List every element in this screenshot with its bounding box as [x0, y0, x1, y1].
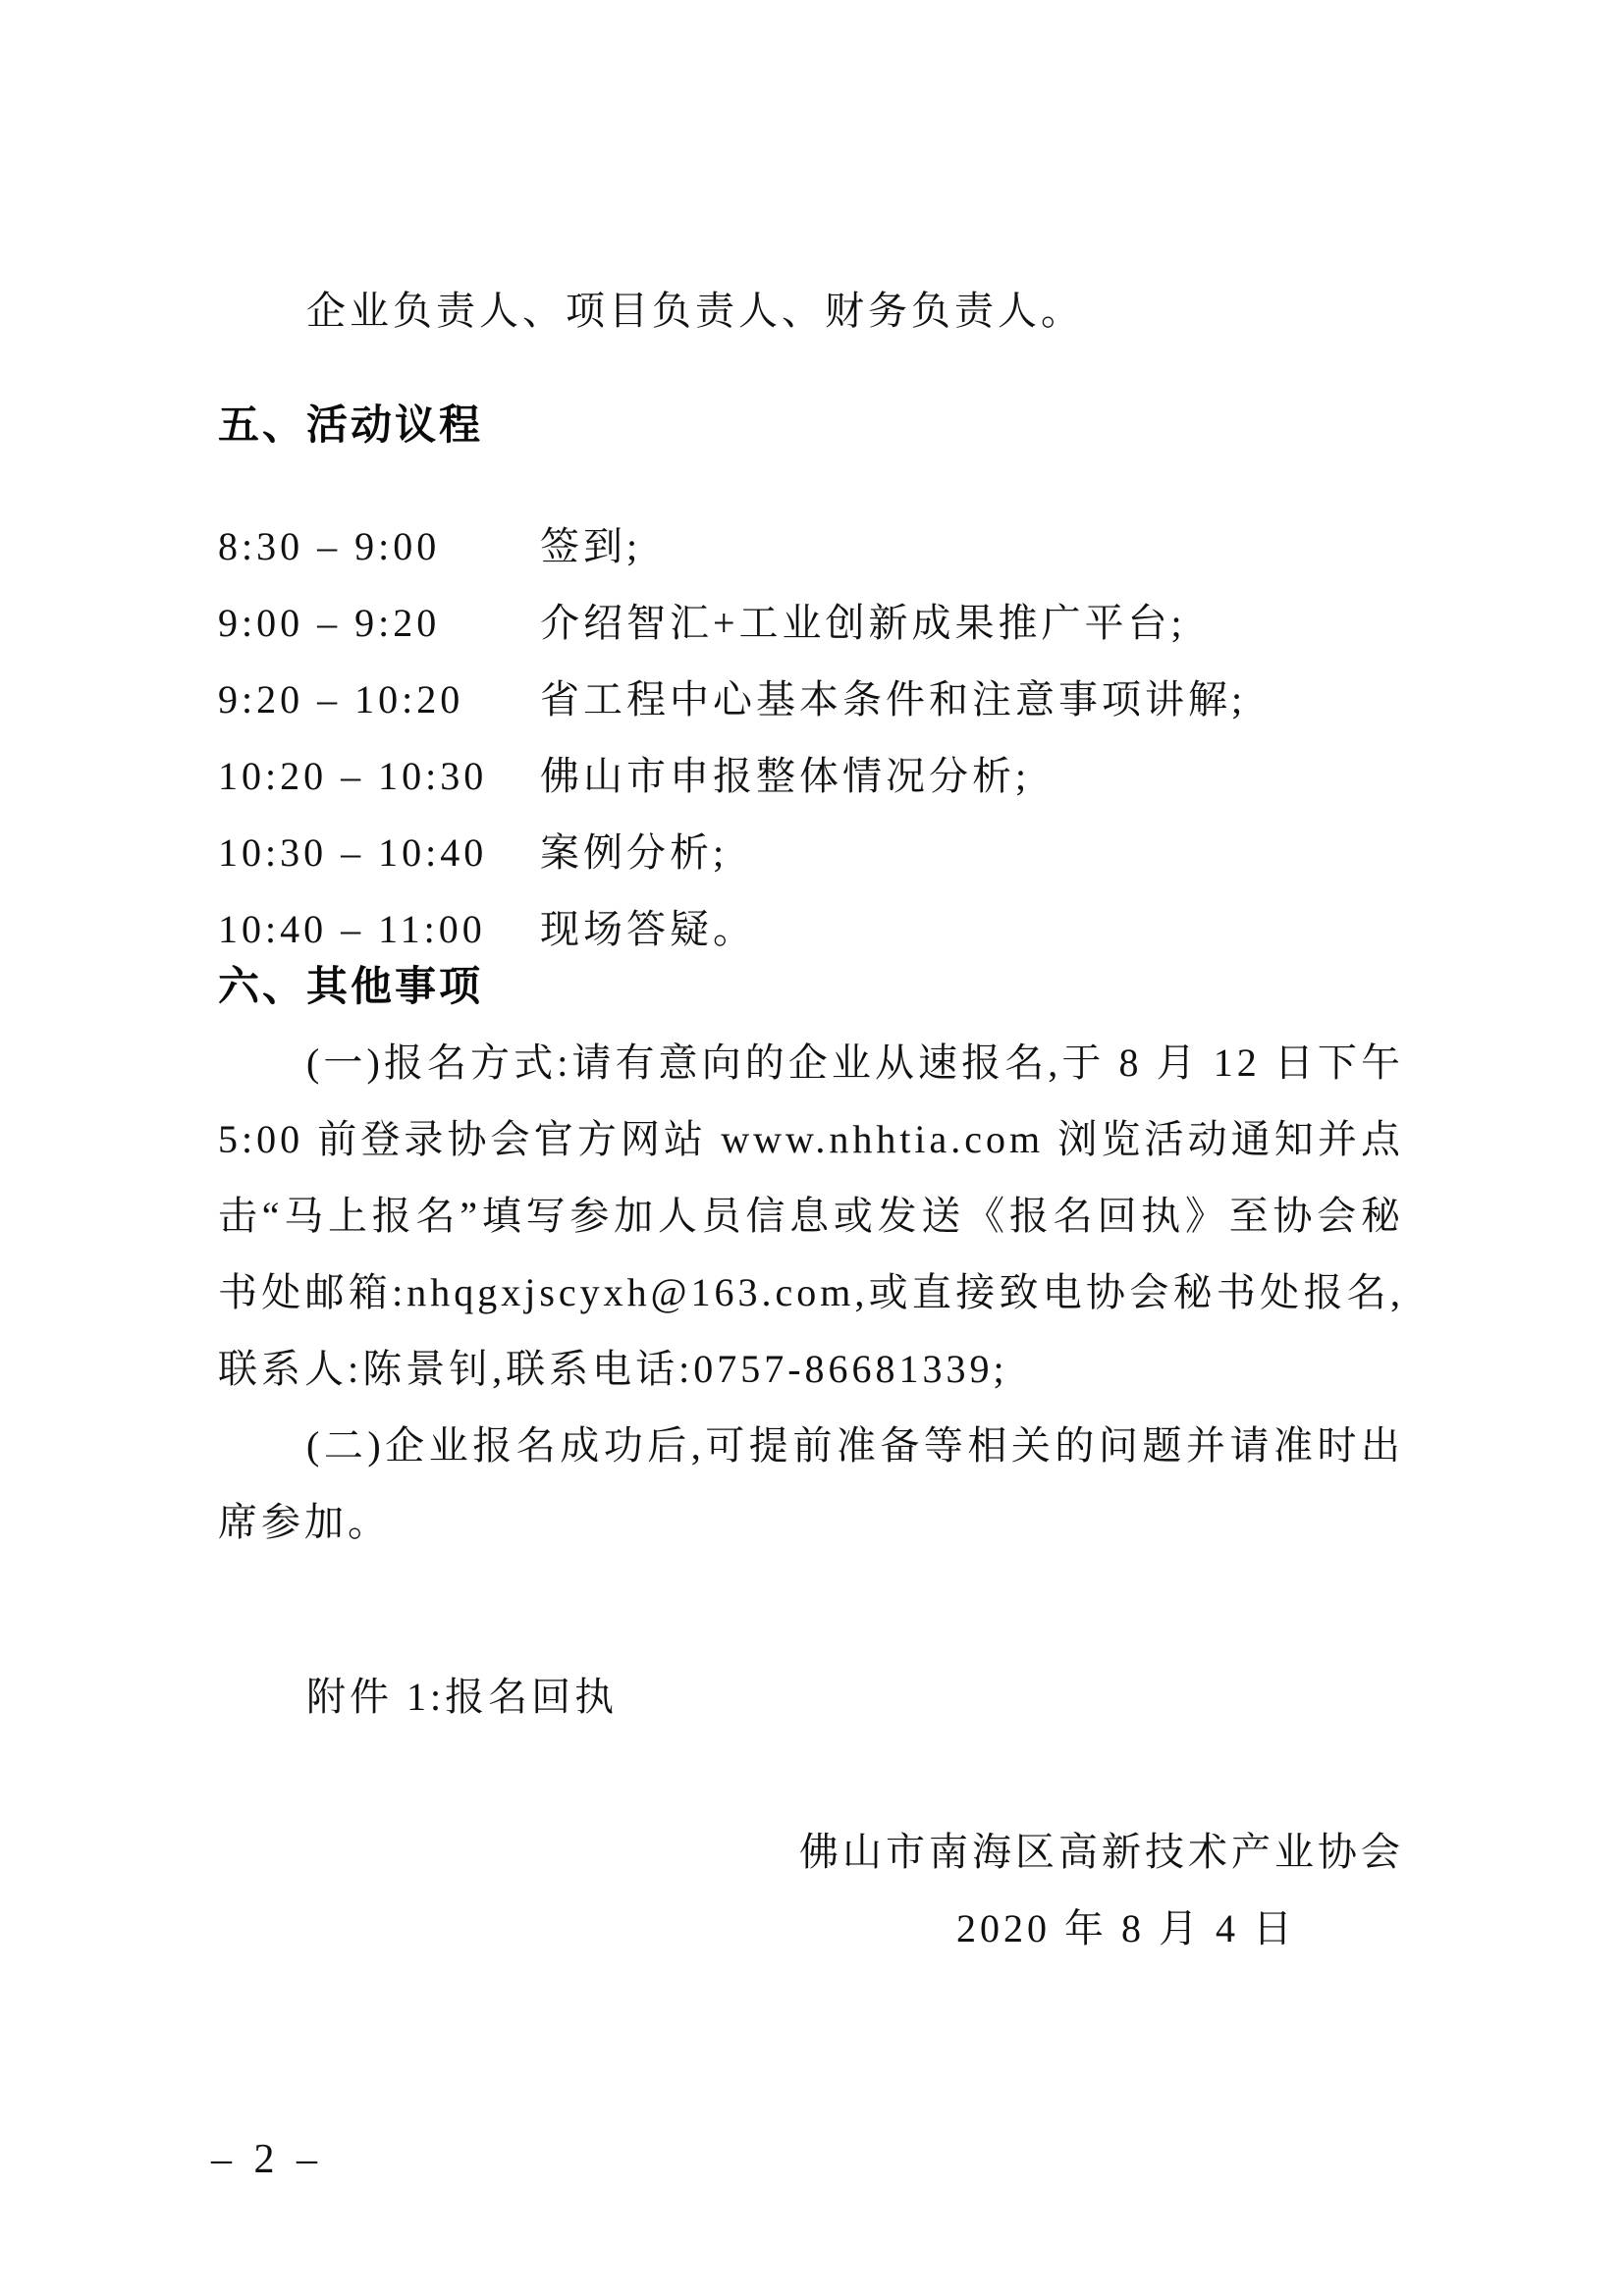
agenda-item: 签到;: [540, 508, 1404, 585]
agenda-item: 案例分析;: [540, 815, 1404, 891]
agenda-row: 10:20 – 10:30 佛山市申报整体情况分析;: [218, 738, 1404, 815]
page-number: – 2 –: [211, 2130, 323, 2189]
signature-organization: 佛山市南海区高新技术产业协会: [218, 1814, 1404, 1891]
registration-method-paragraph: (一)报名方式:请有意向的企业从速报名,于 8 月 12 日下午 5:00 前登…: [218, 1025, 1404, 1408]
agenda-time: 8:30 – 9:00: [218, 508, 540, 585]
agenda-time: 10:20 – 10:30: [218, 738, 540, 815]
attachment-line: 附件 1:报名回执: [218, 1659, 1404, 1735]
preparation-note-paragraph: (二)企业报名成功后,可提前准备等相关的问题并请准时出席参加。: [218, 1408, 1404, 1561]
agenda-item: 现场答疑。: [540, 891, 1404, 968]
agenda-time: 9:20 – 10:20: [218, 662, 540, 738]
signature-date: 2020 年 8 月 4 日: [218, 1891, 1404, 1967]
agenda-list: 8:30 – 9:00 签到; 9:00 – 9:20 介绍智汇+工业创新成果推…: [218, 508, 1404, 968]
agenda-row: 9:20 – 10:20 省工程中心基本条件和注意事项讲解;: [218, 662, 1404, 738]
agenda-row: 9:00 – 9:20 介绍智汇+工业创新成果推广平台;: [218, 585, 1404, 662]
agenda-time: 10:30 – 10:40: [218, 815, 540, 891]
agenda-row: 10:30 – 10:40 案例分析;: [218, 815, 1404, 891]
responsible-persons-line: 企业负责人、项目负责人、财务负责人。: [218, 273, 1404, 349]
document-page: 企业负责人、项目负责人、财务负责人。 五、活动议程 8:30 – 9:00 签到…: [0, 0, 1624, 2296]
agenda-item: 省工程中心基本条件和注意事项讲解;: [540, 662, 1404, 738]
agenda-item: 佛山市申报整体情况分析;: [540, 738, 1404, 815]
agenda-time: 9:00 – 9:20: [218, 585, 540, 662]
agenda-row: 8:30 – 9:00 签到;: [218, 508, 1404, 585]
document-content: 企业负责人、项目负责人、财务负责人。 五、活动议程 8:30 – 9:00 签到…: [218, 273, 1404, 1967]
agenda-item: 介绍智汇+工业创新成果推广平台;: [540, 585, 1404, 662]
section5-heading: 五、活动议程: [218, 387, 1404, 463]
